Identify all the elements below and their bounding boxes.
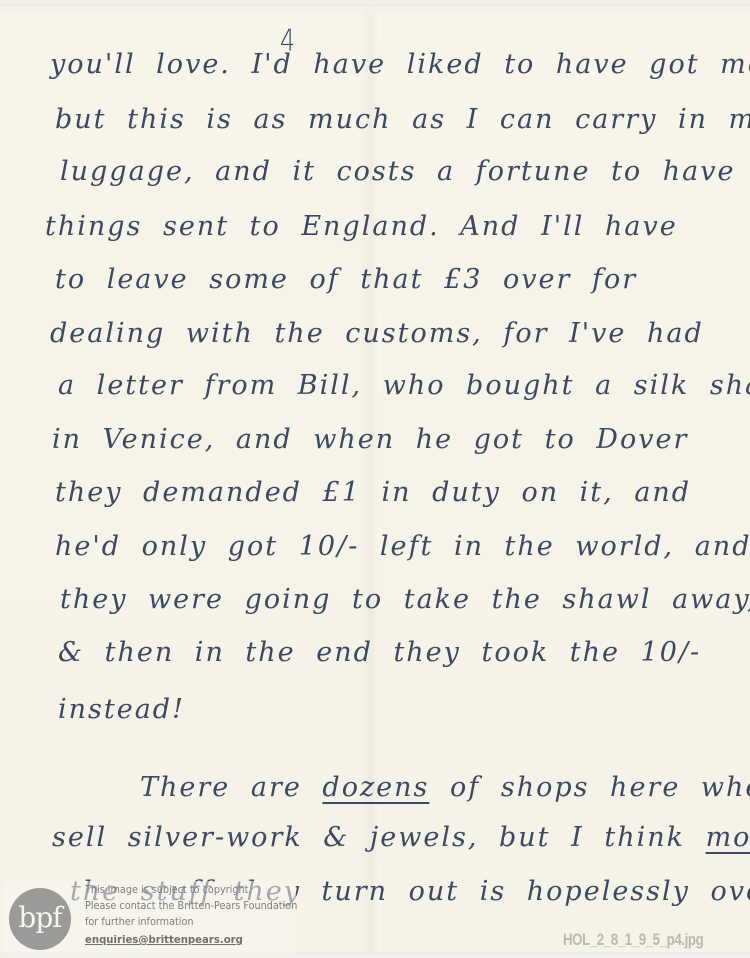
letter-line: you'll love. I'd have liked to have got …: [50, 51, 750, 78]
bpf-logo: bpf: [9, 888, 71, 950]
letter-line: they demanded £1 in duty on it, and: [55, 479, 691, 506]
contact-email-link[interactable]: enquiries@brittenpears.org: [85, 933, 243, 946]
filename-label: HOL_2_8_1_9_5_p4.jpg: [563, 930, 703, 950]
letter-line: but this is as much as I can carry in my: [55, 106, 750, 133]
letter-line: There are dozens of shops here where the…: [140, 774, 750, 801]
letter-line: & then in the end they took the 10/-: [58, 639, 701, 666]
letter-line: they were going to take the shawl away,: [60, 586, 750, 613]
letter-page: 4 you'll love. I'd have liked to have go…: [0, 6, 750, 952]
underlined-word: dozens: [322, 772, 429, 803]
letter-line: things sent to England. And I'll have: [45, 213, 678, 240]
letter-line: luggage, and it costs a fortune to have: [60, 158, 736, 185]
letter-line: he'd only got 10/- left in the world, an…: [55, 533, 750, 560]
copyright-notice: This image is subject to copyright.: [85, 884, 251, 896]
contact-notice: Please contact the Britten-Pears Foundat…: [85, 900, 297, 912]
letter-line: a letter from Bill, who bought a silk sh…: [58, 372, 750, 399]
underlined-word: most: [706, 822, 750, 853]
info-notice: for further information: [85, 916, 194, 928]
torn-paper-edge: [0, 6, 750, 14]
letter-line: in Venice, and when he got to Dover: [52, 426, 688, 453]
bpf-logo-text: bpf: [18, 901, 61, 934]
letter-line: to leave some of that £3 over for: [55, 266, 637, 293]
letter-line: dealing with the customs, for I've had: [50, 320, 704, 347]
letter-line: instead!: [58, 696, 185, 723]
letter-line: sell silver-work & jewels, but I think m…: [52, 824, 750, 851]
